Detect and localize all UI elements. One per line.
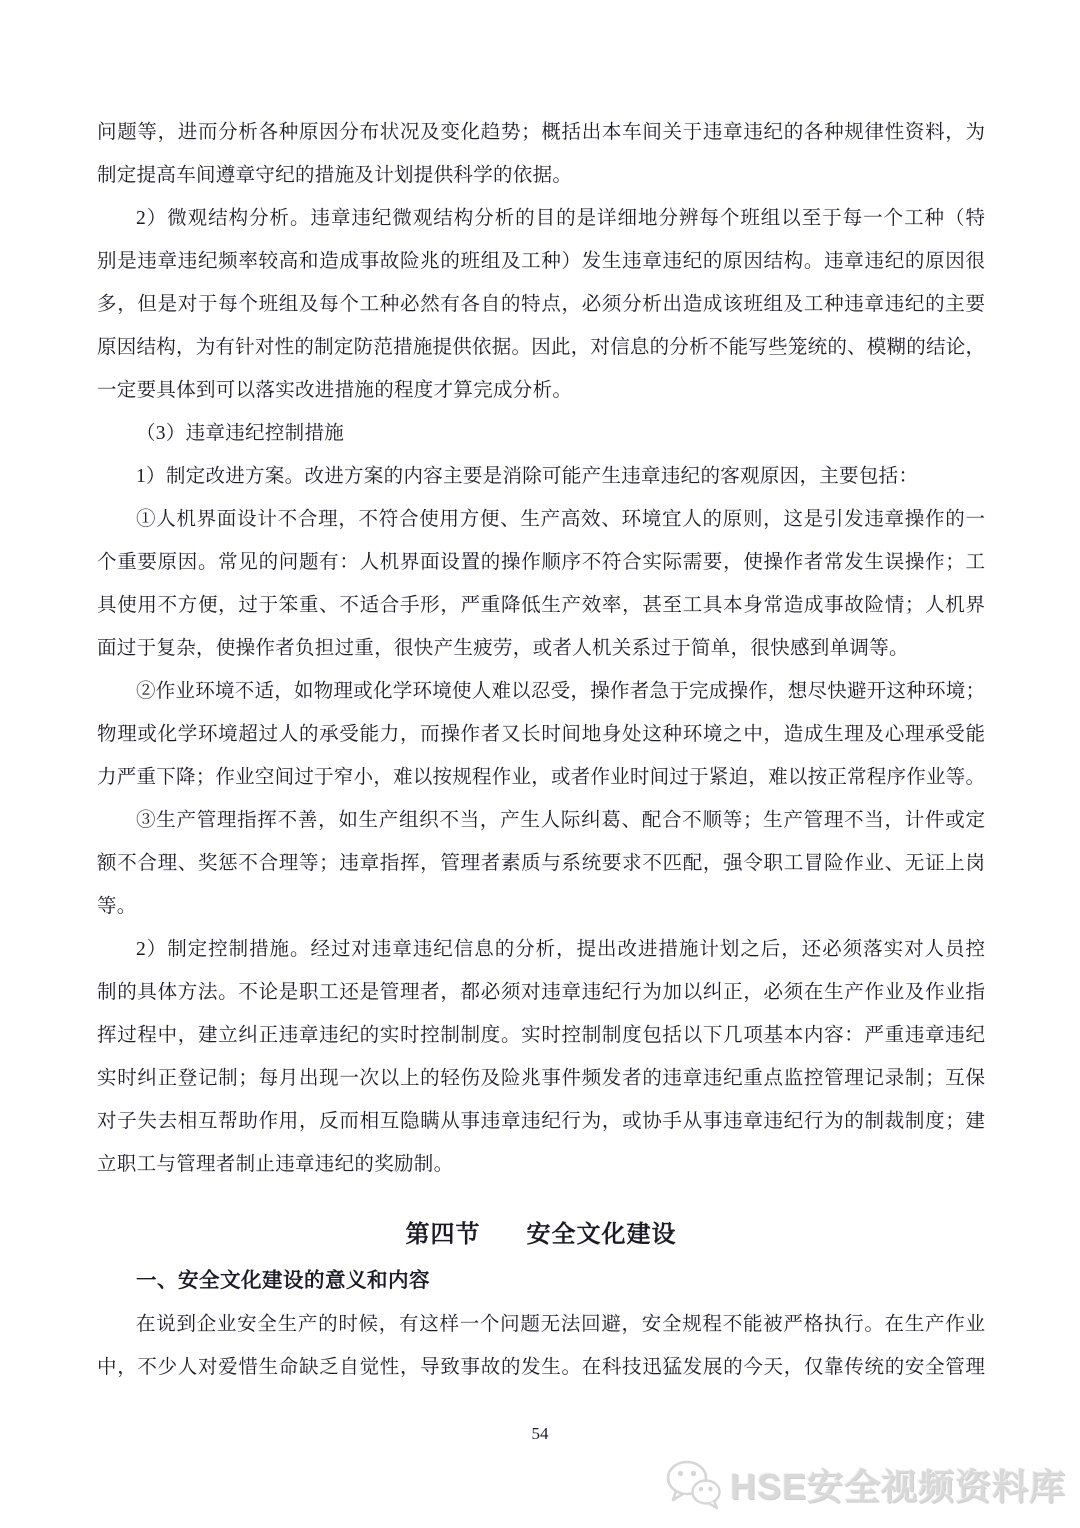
text-line: 2）制定控制措施。经过对违章违纪信息的分析，提出改进措施计划之后，还必须落实对人… — [97, 928, 985, 971]
text-line: 多，但是对于每个班组及每个工种必然有各自的特点，必须分析出造成该班组及工种违章违… — [97, 283, 985, 326]
text-line: 个重要原因。常见的问题有：人机界面设置的操作顺序不符合实际需要，使操作者常发生误… — [97, 541, 985, 584]
text-line: 在说到企业安全生产的时候，有这样一个问题无法回避，安全规程不能被严格执行。在生产… — [97, 1303, 985, 1346]
text-line: 制定提高车间遵章守纪的措施及计划提供科学的依据。 — [97, 154, 985, 197]
section-title: 安全文化建设 — [527, 1222, 677, 1248]
text-line: 一定要具体到可以落实改进措施的程度才算完成分析。 — [97, 369, 985, 412]
text-line: 等。 — [97, 885, 985, 928]
text-line: 2）微观结构分析。违章违纪微观结构分析的目的是详细地分辨每个班组以至于每一个工种… — [97, 197, 985, 240]
text-line: ①人机界面设计不合理，不符合使用方便、生产高效、环境宜人的原则，这是引发违章操作… — [97, 498, 985, 541]
text-line: （3）违章违纪控制措施 — [97, 412, 985, 455]
text-line: 物理或化学环境超过人的承受能力，而操作者又长时间地身处这种环境之中，造成生理及心… — [97, 713, 985, 756]
text-line: 力严重下降；作业空间过于窄小，难以按规程作业，或者作业时间过于紧迫，难以按正常程… — [97, 756, 985, 799]
text-line: 额不合理、奖惩不合理等；违章指挥，管理者素质与系统要求不匹配，强令职工冒险作业、… — [97, 842, 985, 885]
document-page: 问题等，进而分析各种原因分布状况及变化趋势；概括出本车间关于违章违纪的各种规律性… — [0, 0, 1080, 1528]
watermark-text: HSE安全视频资料库 — [730, 1459, 1066, 1510]
text-line: 别是违章违纪频率较高和造成事故险兆的班组及工种）发生违章违纪的原因结构。违章违纪… — [97, 240, 985, 283]
text-line: 中，不少人对爱惜生命缺乏自觉性，导致事故的发生。在科技迅猛发展的今天，仅靠传统的… — [97, 1346, 985, 1389]
text-line: 挥过程中，建立纠正违章违纪的实时控制制度。实时控制制度包括以下几项基本内容：严重… — [97, 1014, 985, 1057]
text-line: ②作业环境不适，如物理或化学环境使人难以忍受，操作者急于完成操作，想尽快避开这种… — [97, 670, 985, 713]
wechat-icon — [664, 1458, 722, 1510]
text-line: 对子失去相互帮助作用，反而相互隐瞒从事违章违纪行为，或协手从事违章违纪行为的制裁… — [97, 1100, 985, 1143]
section-label: 第四节 — [406, 1222, 481, 1248]
page-number: 54 — [0, 1424, 1080, 1444]
text-line: ③生产管理指挥不善，如生产组织不当，产生人际纠葛、配合不顺等；生产管理不当，计件… — [97, 799, 985, 842]
text-line: 1）制定改进方案。改进方案的内容主要是消除可能产生违章违纪的客观原因，主要包括： — [97, 455, 985, 498]
text-line: 具使用不方便，过于笨重、不适合手形，严重降低生产效率，甚至工具本身常造成事故险情… — [97, 584, 985, 627]
text-line: 实时纠正登记制；每月出现一次以上的轻伤及险兆事件频发者的违章违纪重点监控管理记录… — [97, 1057, 985, 1100]
section-heading: 第四节安全文化建设 — [97, 1214, 985, 1256]
text-line: 制的具体方法。不论是职工还是管理者，都必须对违章违纪行为加以纠正，必须在生产作业… — [97, 971, 985, 1014]
paragraph-block-bottom: 在说到企业安全生产的时候，有这样一个问题无法回避，安全规程不能被严格执行。在生产… — [97, 1303, 985, 1389]
text-line: 问题等，进而分析各种原因分布状况及变化趋势；概括出本车间关于违章违纪的各种规律性… — [97, 111, 985, 154]
text-line: 面过于复杂，使操作者负担过重，很快产生疲劳，或者人机关系过于简单，很快感到单调等… — [97, 627, 985, 670]
watermark: HSE安全视频资料库 — [664, 1458, 1066, 1510]
text-line: 立职工与管理者制止违章违纪的奖励制。 — [97, 1143, 985, 1186]
text-line: 原因结构，为有针对性的制定防范措施提供依据。因此，对信息的分析不能写些笼统的、模… — [97, 326, 985, 369]
paragraph-block-top: 问题等，进而分析各种原因分布状况及变化趋势；概括出本车间关于违章违纪的各种规律性… — [97, 111, 985, 1186]
subsection-heading: 一、安全文化建设的意义和内容 — [97, 1260, 985, 1303]
body-text: 问题等，进而分析各种原因分布状况及变化趋势；概括出本车间关于违章违纪的各种规律性… — [97, 111, 985, 1389]
